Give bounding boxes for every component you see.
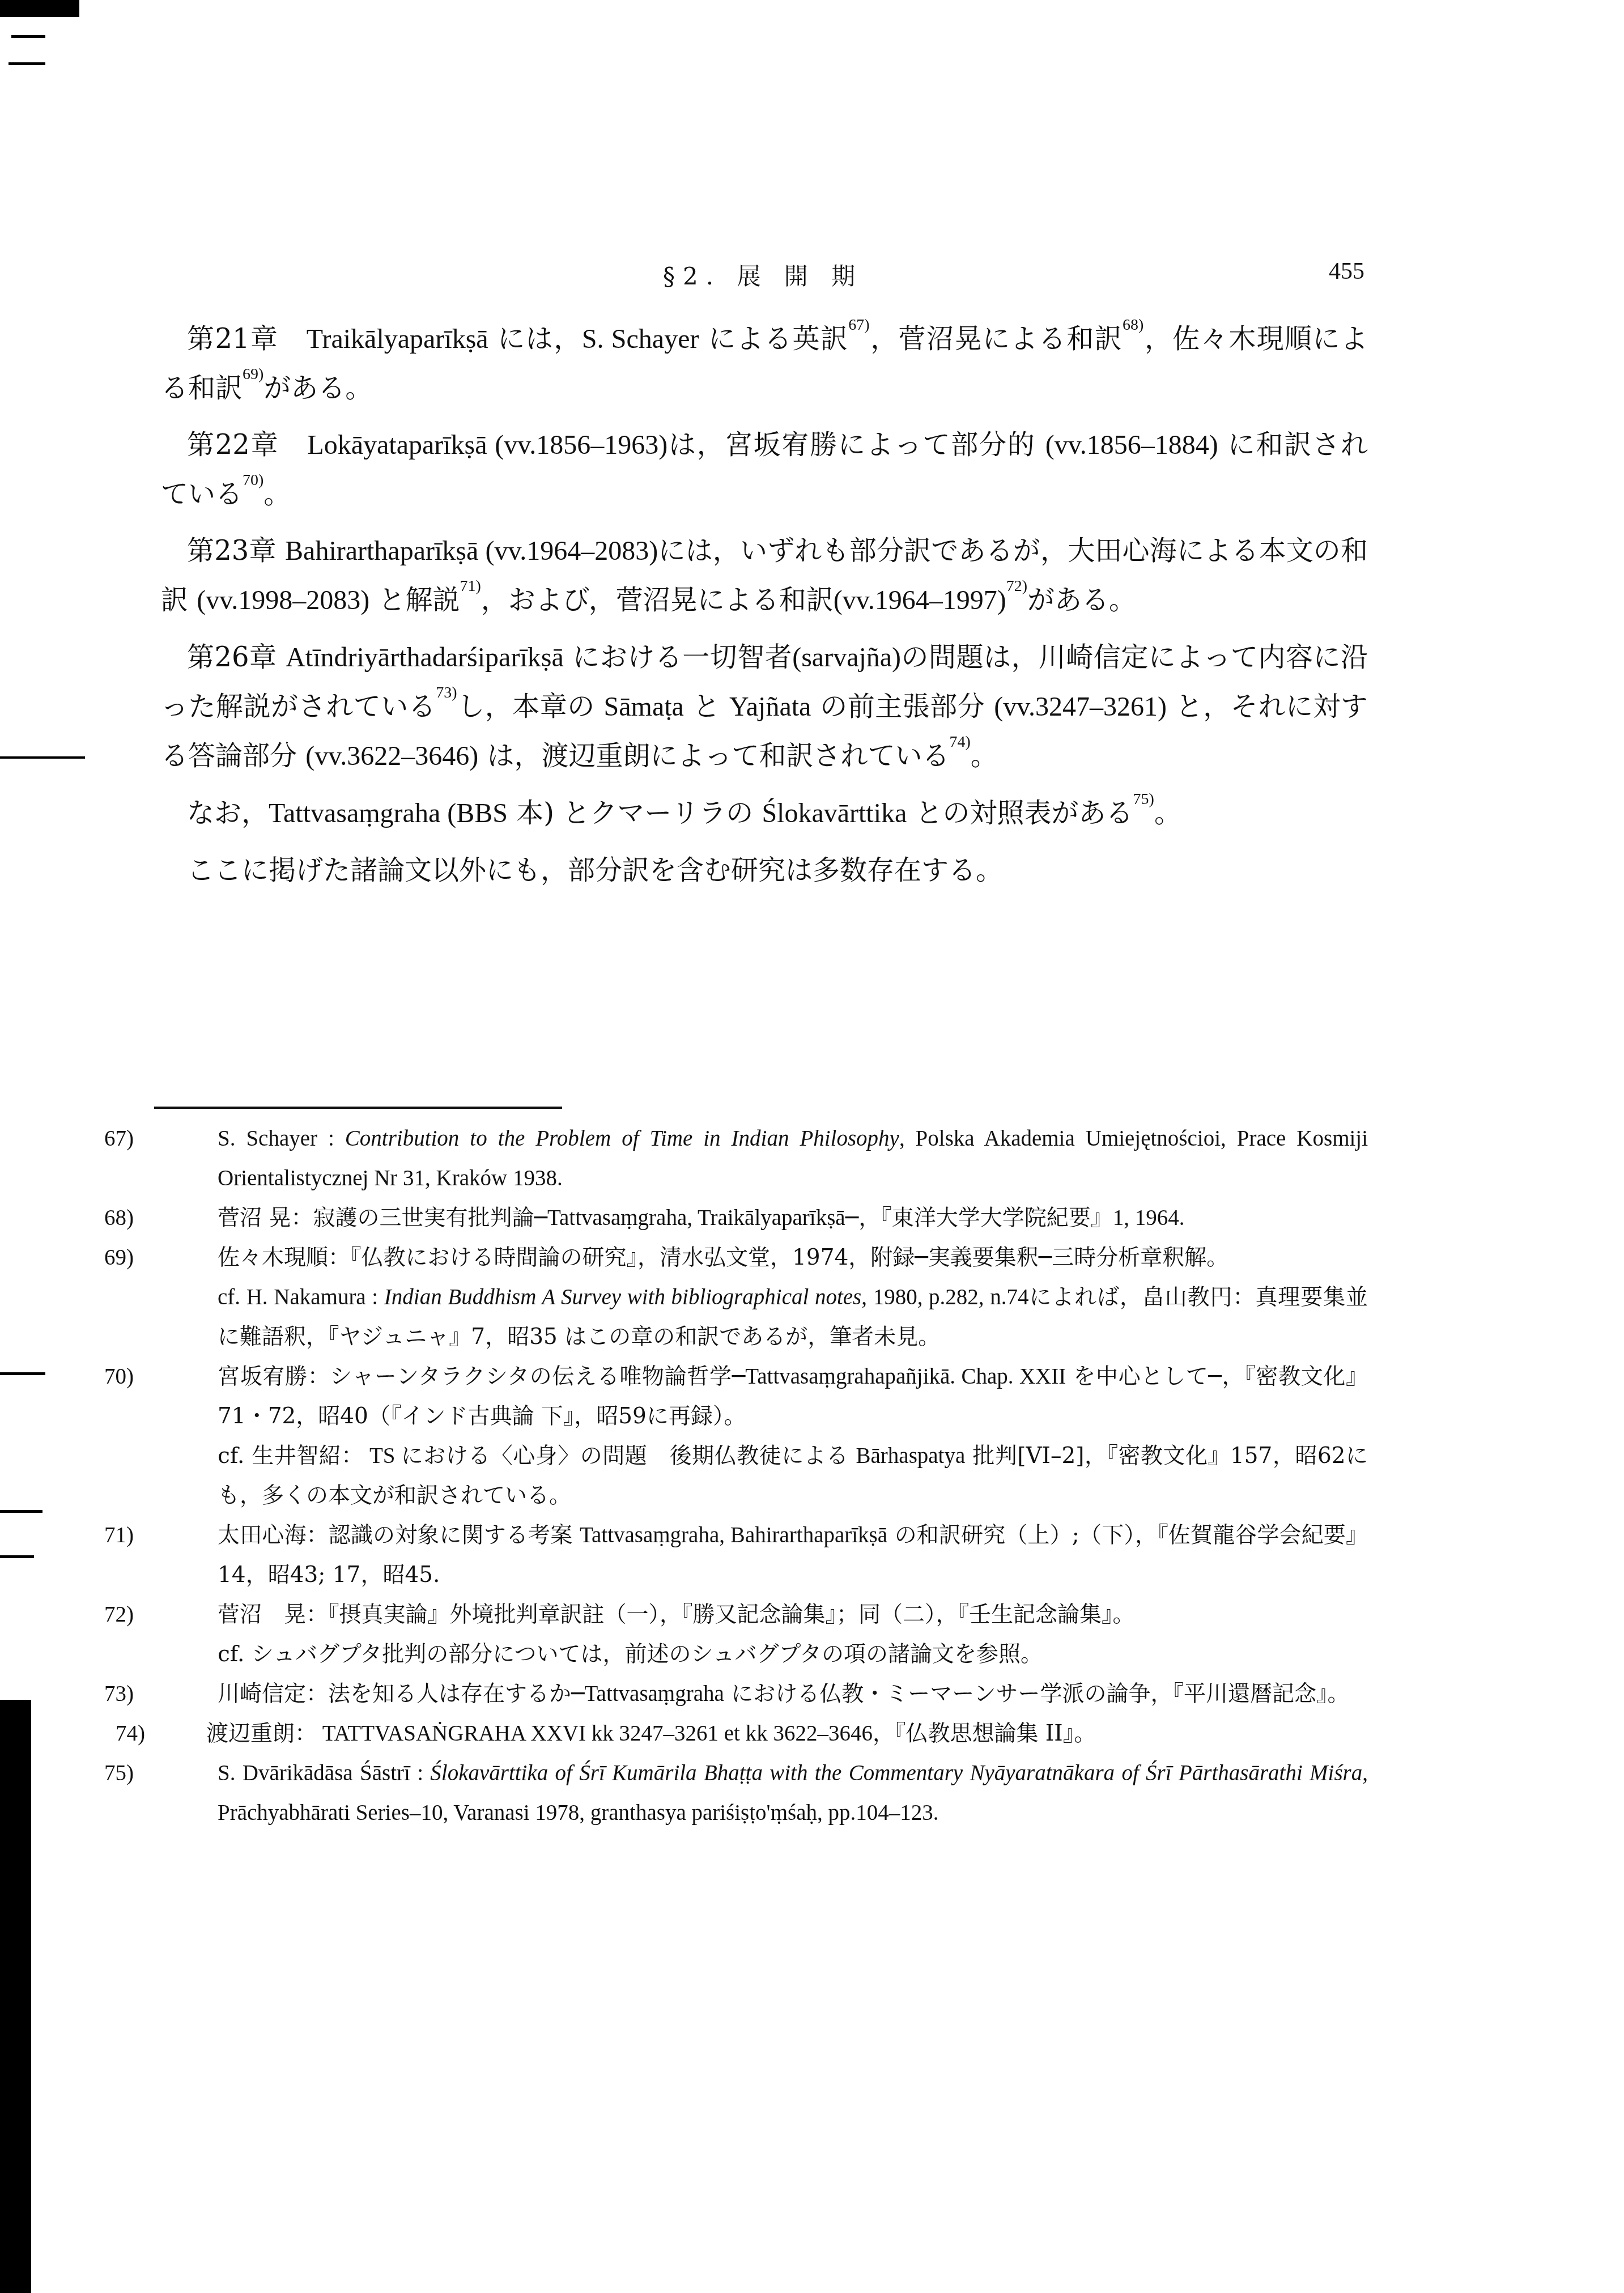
text-segment: Traikālyaparīkṣā [307, 324, 488, 354]
text-segment: ，菅沼晃による和訳 [870, 323, 1123, 355]
footnote-text: 渡辺重朗： TATTVASAṄGRAHA XXVI kk 3247–3261 e… [206, 1721, 1096, 1746]
footnote-ref[interactable]: 74) [949, 733, 970, 751]
footnotes: 67)S. Schayer : Contribution to the Prob… [161, 1119, 1368, 1833]
text-segment: 川崎信定：法を知る人は存在するか─ [218, 1681, 584, 1707]
text-segment: (sarvajña) [792, 643, 901, 673]
text-segment: Yajñata [729, 692, 811, 722]
footnote-number: 75) [104, 1754, 155, 1793]
scan-edge-top [0, 0, 79, 17]
body-text: 第21章 Traikālyaparīkṣā には，S. Schayer による英… [161, 314, 1368, 903]
footnote-number: 67) [104, 1119, 155, 1159]
footnote-ref[interactable]: 71) [460, 577, 481, 595]
text-segment: 本) とクマーリラの [508, 797, 762, 829]
running-header: §2. 展 開 期 455 [0, 258, 1624, 292]
text-segment: による英訳 [699, 323, 848, 355]
text-segment: ─，『東洋大学大学院紀要』 [845, 1205, 1113, 1231]
italic-title: Indian Buddhism A Survey with bibliograp… [384, 1285, 861, 1309]
footnote-number: 72) [104, 1595, 155, 1635]
text-segment: TATTVASAṄGRAHA XXVI kk 3247–3261 et kk 3… [317, 1721, 873, 1746]
footnote-ref[interactable]: 73) [436, 684, 457, 701]
footnote-ref[interactable]: 67) [848, 316, 869, 334]
text-segment: 菅沼 晃：『摂真実論』外境批判章訳註（一），『勝又記念論集』；同（二），『壬生記… [218, 1602, 1135, 1627]
footnote-text: S. Dvārikādāsa Śāstrī : Ślokavārttika of… [218, 1760, 1368, 1826]
text-segment: Bārhaspatya [856, 1444, 966, 1468]
footnote-number: 71) [104, 1516, 155, 1555]
paragraph: ここに掲げた諸論文以外にも，部分訳を含む研究は多数存在する。 [161, 846, 1368, 895]
paragraph: なお，Tattvasaṃgraha (BBS 本) とクマーリラの Ślokav… [161, 789, 1368, 838]
footnote-ref[interactable]: 70) [243, 471, 263, 489]
text-segment: との対照表がある [907, 797, 1133, 829]
text-segment: なお， [187, 797, 269, 829]
footnote-ref[interactable]: 68) [1123, 316, 1143, 334]
text-segment: Ślokavārttika [762, 798, 907, 828]
footnote-number: 69) [104, 1238, 155, 1278]
footnote-text: 宮坂宥勝：シャーンタラクシタの伝える唯物論哲学─Tattvasaṃgrahapa… [218, 1364, 1368, 1429]
text-segment: 。 [971, 740, 998, 772]
text-segment: Atīndriyārthadarśiparīkṣā [286, 643, 564, 673]
footnote-item: 67)S. Schayer : Contribution to the Prob… [161, 1119, 1368, 1198]
footnote-number: 70) [104, 1357, 155, 1397]
text-segment: TS [364, 1444, 401, 1468]
text-segment: 。 [263, 478, 291, 510]
text-segment: cf. シュバグプタ批判の部分については，前述のシュバグプタの項の諸論文を参照。 [218, 1641, 1043, 1667]
text-segment: Tattvasaṃgraha [584, 1682, 724, 1706]
text-segment: 太田心海：認識の対象に関する考案 [218, 1522, 580, 1548]
text-segment: における〈心身〉の問題 後期仏教徒による [401, 1443, 856, 1469]
footnote-text: 佐々木現順：『仏教における時間論の研究』，清水弘文堂，1974，附録─実義要集釈… [218, 1245, 1228, 1270]
footnote-cf: cf. H. Nakamura : Indian Buddhism A Surv… [161, 1278, 1368, 1357]
text-segment: (vv.1856–1884) [1045, 430, 1218, 460]
paragraph: 第26章 Atīndriyārthadarśiparīkṣā における一切智者(… [161, 633, 1368, 781]
italic-title: Ślokavārttika of Śrī Kumārila Bhaṭṭa wit… [430, 1761, 1362, 1785]
footnote-item: 75)S. Dvārikādāsa Śāstrī : Ślokavārttika… [161, 1754, 1368, 1833]
footnote-number: 74) [116, 1714, 167, 1754]
text-segment: Sāmaṭa [604, 692, 684, 722]
text-segment: (vv.1964–1997) [834, 585, 1006, 615]
text-segment: における一切智者 [564, 641, 792, 673]
footnote-text: 菅沼 晃：『摂真実論』外境批判章訳註（一），『勝又記念論集』；同（二），『壬生記… [218, 1602, 1135, 1627]
text-segment: (vv.3247–3261) [994, 692, 1167, 722]
scan-edge-bottom [0, 1700, 31, 2293]
text-segment: がある。 [263, 372, 372, 404]
paragraph: 第23章 Bahirarthaparīkṣā (vv.1964–2083)には，… [161, 526, 1368, 625]
text-segment: cf. 生井智紹： [218, 1443, 364, 1469]
text-segment: し，本章の [457, 691, 604, 722]
text-segment: 。 [1154, 797, 1181, 829]
text-segment: , 1980, p.282, n.74 [861, 1285, 1028, 1309]
text-segment: Tattvasaṃgraha (BBS [269, 798, 508, 828]
footnote-cf: cf. 生井智紹： TS における〈心身〉の問題 後期仏教徒による Bārhas… [161, 1436, 1368, 1516]
text-segment: 宮坂宥勝：シャーンタラクシタの伝える唯物論哲学─ [218, 1364, 745, 1389]
text-segment: (vv.1998–2083) [197, 585, 369, 615]
footnote-ref[interactable]: 75) [1133, 790, 1154, 808]
text-segment: 第22章 [187, 429, 307, 461]
text-segment: は，渡辺重朗によって和訳されている [478, 740, 949, 772]
footnote-text: S. Schayer : Contribution to the Problem… [218, 1126, 1368, 1191]
text-segment: における仏教・ミーマーンサー学派の論争，『平川還暦記念』。 [724, 1681, 1350, 1707]
text-segment: S. Dvārikādāsa Śāstrī : [218, 1761, 430, 1785]
text-segment: 渡辺重朗： [206, 1721, 317, 1746]
text-segment: 第26章 [187, 641, 286, 673]
text-segment: 菅沼 晃：寂護の三世実有批判論─ [218, 1205, 547, 1231]
text-segment: と [684, 691, 729, 722]
text-segment: S. Schayer [582, 324, 699, 354]
text-segment: 佐々木現順：『仏教における時間論の研究』，清水弘文堂，1974，附録─実義要集釈… [218, 1245, 1228, 1270]
footnote-item: 71)太田心海：認識の対象に関する考案 Tattvasaṃgraha, Bahi… [161, 1516, 1368, 1595]
text-segment: 第21章 [187, 323, 307, 355]
footnote-ref[interactable]: 72) [1006, 577, 1027, 595]
footnote-item: 69)佐々木現順：『仏教における時間論の研究』，清水弘文堂，1974，附録─実義… [161, 1238, 1368, 1278]
footnote-item: 70)宮坂宥勝：シャーンタラクシタの伝える唯物論哲学─Tattvasaṃgrah… [161, 1357, 1368, 1436]
text-segment: の前主張部分 [811, 691, 994, 722]
text-segment: (vv.3622–3646) [305, 741, 478, 771]
footnote-cf: cf. シュバグプタ批判の部分については，前述のシュバグプタの項の諸論文を参照。 [161, 1635, 1368, 1674]
text-segment: cf. H. Nakamura : [218, 1285, 384, 1309]
paragraph: 第22章 Lokāyataparīkṣā (vv.1856–1963)は，宮坂宥… [161, 420, 1368, 518]
footnote-item: 68)菅沼 晃：寂護の三世実有批判論─Tattvasaṃgraha, Traik… [161, 1198, 1368, 1238]
paragraph: 第21章 Traikālyaparīkṣā には，S. Schayer による英… [161, 314, 1368, 412]
footnote-separator [154, 1107, 562, 1109]
running-title: §2. 展 開 期 [663, 258, 863, 292]
text-segment: ，および，菅沼晃による和訳 [481, 584, 834, 616]
text-segment: Lokāyataparīkṣā (vv.1856–1963) [307, 430, 668, 460]
footnote-text: 菅沼 晃：寂護の三世実有批判論─Tattvasaṃgraha, Traikāly… [218, 1205, 1184, 1231]
text-segment: Tattvasaṃgraha, Bahirarthaparīkṣā [580, 1523, 887, 1547]
footnote-text: 川崎信定：法を知る人は存在するか─Tattvasaṃgraha における仏教・ミ… [218, 1681, 1349, 1707]
text-segment: ，『仏教思想論集 II』。 [873, 1721, 1096, 1746]
text-segment: がある。 [1027, 584, 1136, 616]
footnote-item: 74)渡辺重朗： TATTVASAṄGRAHA XXVI kk 3247–326… [161, 1714, 1368, 1754]
footnote-item: 72)菅沼 晃：『摂真実論』外境批判章訳註（一），『勝又記念論集』；同（二），『… [161, 1595, 1368, 1635]
text-segment: Bahirarthaparīkṣā (vv.1964–2083) [285, 536, 658, 566]
page-number: 455 [1329, 258, 1364, 285]
text-segment: と解説 [369, 584, 460, 616]
text-segment: は，宮坂宥勝によって部分的 [668, 429, 1045, 461]
footnote-number: 68) [104, 1198, 155, 1238]
text-segment: S. Schayer : [218, 1126, 345, 1151]
footnote-item: 73)川崎信定：法を知る人は存在するか─Tattvasaṃgraha における仏… [161, 1674, 1368, 1714]
italic-title: Contribution to the Problem of Time in I… [345, 1126, 899, 1151]
text-segment: 第23章 [187, 535, 285, 567]
text-segment: Tattvasaṃgraha, Traikālyaparīkṣā [547, 1206, 845, 1230]
footnote-text: 太田心海：認識の対象に関する考案 Tattvasaṃgraha, Bahirar… [218, 1522, 1368, 1588]
text-segment: Tattvasaṃgrahapañjikā. Chap. XXII [745, 1364, 1066, 1389]
text-segment: には， [488, 323, 582, 355]
text-segment: ここに掲げた諸論文以外にも，部分訳を含む研究は多数存在する。 [187, 854, 1003, 886]
footnote-ref[interactable]: 69) [243, 365, 263, 383]
text-segment: 1, 1964. [1113, 1206, 1185, 1230]
footnote-number: 73) [104, 1674, 155, 1714]
